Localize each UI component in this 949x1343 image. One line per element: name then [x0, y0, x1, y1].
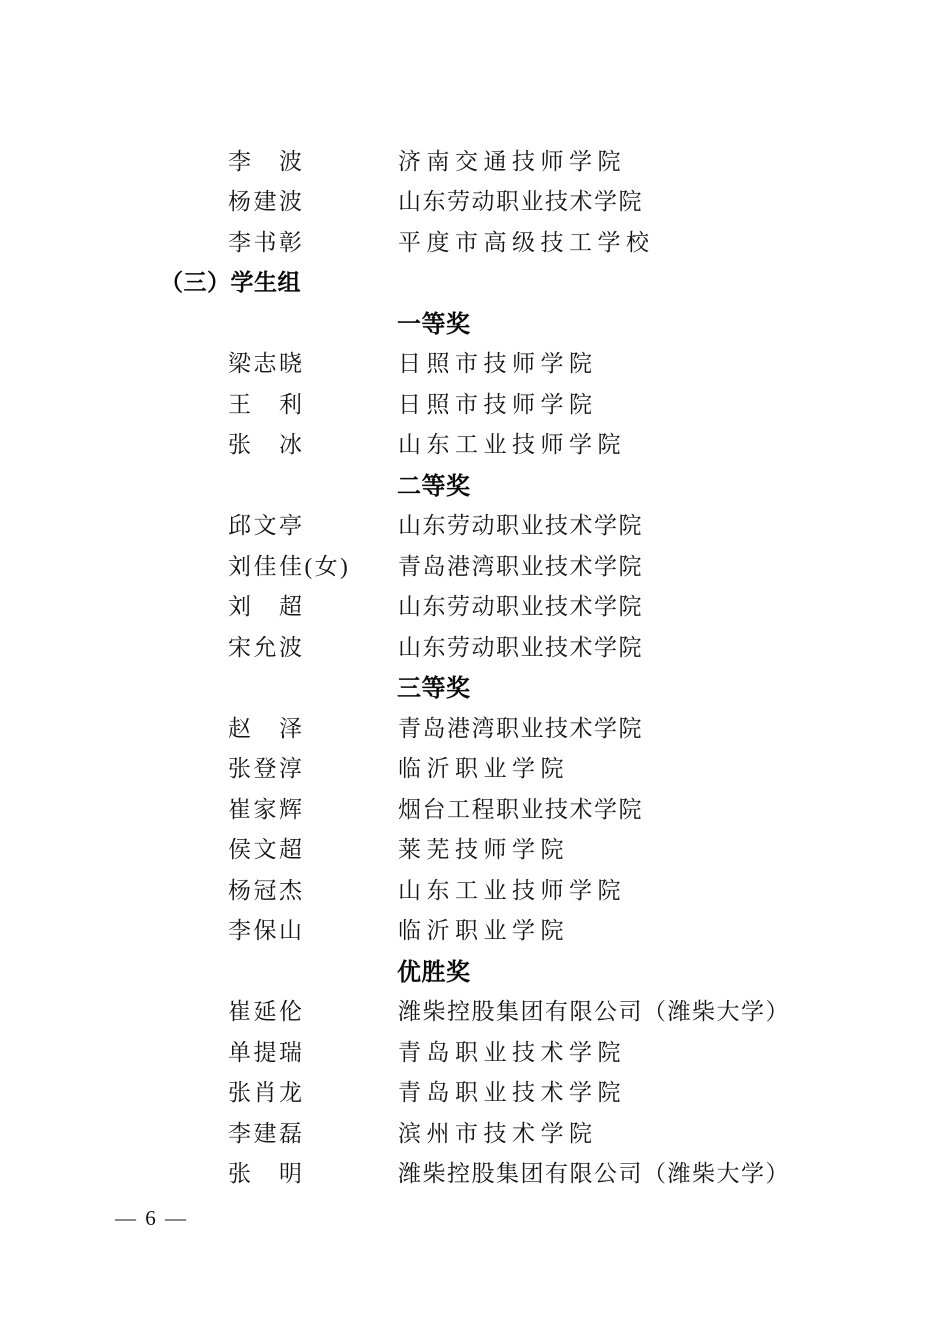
award-tier-row: 二等奖	[0, 463, 949, 504]
award-tier-row: 三等奖	[0, 666, 949, 707]
winner-row: 宋允波 山东劳动职业技术学院	[0, 625, 949, 666]
winner-row: 刘 超 山东劳动职业技术学院	[0, 585, 949, 626]
winner-name: 侯文超	[228, 831, 398, 864]
award-tier-label: 一等奖	[397, 304, 471, 339]
winner-name: 李书彰	[228, 224, 398, 257]
winner-name: 张 冰	[228, 426, 398, 459]
winner-organization: 烟台工程职业技术学院	[398, 791, 643, 824]
winner-name: 李建磊	[228, 1115, 398, 1148]
section-heading-label: （三）学生组	[160, 264, 301, 297]
winner-row: 杨建波 山东劳动职业技术学院	[0, 180, 949, 221]
winner-row: 李建磊 滨州市技术学院	[0, 1111, 949, 1152]
winner-row: 崔家辉 烟台工程职业技术学院	[0, 787, 949, 828]
winner-row: 李保山 临沂职业学院	[0, 909, 949, 950]
winner-row: 单提瑞 青岛职业技术学院	[0, 1030, 949, 1071]
page-number: — 6 —	[115, 1206, 188, 1230]
winner-row: 杨冠杰 山东工业技师学院	[0, 868, 949, 909]
winner-name: 李 波	[228, 143, 398, 176]
winner-organization: 青岛职业技术学院	[398, 1034, 626, 1067]
winner-organization: 山东工业技师学院	[398, 872, 626, 905]
winner-name: 邱文亭	[228, 507, 398, 540]
winner-organization: 滨州市技术学院	[398, 1115, 598, 1148]
winner-name: 张 明	[228, 1155, 398, 1188]
winner-row: 邱文亭 山东劳动职业技术学院	[0, 504, 949, 545]
winner-organization: 山东劳动职业技术学院	[398, 183, 643, 216]
winner-name: 王 利	[228, 386, 398, 419]
winner-organization: 临沂职业学院	[398, 750, 569, 783]
winner-organization: 山东劳动职业技术学院	[398, 629, 643, 662]
award-tier-row: 一等奖	[0, 301, 949, 342]
winner-organization: 山东劳动职业技术学院	[398, 507, 643, 540]
winner-organization: 临沂职业学院	[398, 912, 569, 945]
winner-organization: 青岛港湾职业技术学院	[398, 710, 643, 743]
award-tier-row: 优胜奖	[0, 949, 949, 990]
winner-organization: 莱芜技师学院	[398, 831, 569, 864]
section-heading-row: （三）学生组	[0, 261, 949, 302]
winner-row: 崔延伦 潍柴控股集团有限公司（潍柴大学）	[0, 990, 949, 1031]
winner-name: 崔延伦	[228, 993, 398, 1026]
winner-row: 张 明 潍柴控股集团有限公司（潍柴大学）	[0, 1152, 949, 1193]
winner-organization: 潍柴控股集团有限公司（潍柴大学）	[398, 1155, 790, 1188]
winner-name: 崔家辉	[228, 791, 398, 824]
winner-organization: 山东劳动职业技术学院	[398, 588, 643, 621]
winner-row: 张肖龙 青岛职业技术学院	[0, 1071, 949, 1112]
winner-row: 侯文超 莱芜技师学院	[0, 828, 949, 869]
winner-organization: 青岛职业技术学院	[398, 1074, 626, 1107]
winner-organization: 山东工业技师学院	[398, 426, 626, 459]
winner-row: 张 冰 山东工业技师学院	[0, 423, 949, 464]
document-page: 李 波 济南交通技师学院 杨建波 山东劳动职业技术学院 李书彰 平度市高级技工学…	[0, 0, 949, 1343]
winner-organization: 潍柴控股集团有限公司（潍柴大学）	[398, 993, 790, 1026]
winner-row: 张登淳 临沂职业学院	[0, 747, 949, 788]
winner-row: 梁志晓 日照市技师学院	[0, 342, 949, 383]
award-winner-list: 李 波 济南交通技师学院 杨建波 山东劳动职业技术学院 李书彰 平度市高级技工学…	[0, 139, 949, 1192]
winner-name: 杨冠杰	[228, 872, 398, 905]
winner-row: 李 波 济南交通技师学院	[0, 139, 949, 180]
winner-row: 刘佳佳(女) 青岛港湾职业技术学院	[0, 544, 949, 585]
winner-row: 王 利 日照市技师学院	[0, 382, 949, 423]
winner-organization: 青岛港湾职业技术学院	[398, 548, 643, 581]
winner-name: 张肖龙	[228, 1074, 398, 1107]
winner-name: 张登淳	[228, 750, 398, 783]
winner-name: 宋允波	[228, 629, 398, 662]
winner-name: 赵 泽	[228, 710, 398, 743]
winner-name: 单提瑞	[228, 1034, 398, 1067]
winner-organization: 日照市技师学院	[398, 386, 598, 419]
winner-name: 刘佳佳(女)	[228, 548, 398, 581]
winner-organization: 平度市高级技工学校	[398, 224, 655, 257]
winner-row: 赵 泽 青岛港湾职业技术学院	[0, 706, 949, 747]
winner-organization: 济南交通技师学院	[398, 143, 626, 176]
winner-name: 刘 超	[228, 588, 398, 621]
winner-organization: 日照市技师学院	[398, 345, 598, 378]
award-tier-label: 二等奖	[397, 466, 471, 501]
winner-name: 杨建波	[228, 183, 398, 216]
award-tier-label: 三等奖	[397, 668, 471, 703]
winner-name: 梁志晓	[228, 345, 398, 378]
winner-name: 李保山	[228, 912, 398, 945]
award-tier-label: 优胜奖	[397, 952, 471, 987]
page-footer: — 6 —	[115, 1206, 188, 1231]
winner-row: 李书彰 平度市高级技工学校	[0, 220, 949, 261]
